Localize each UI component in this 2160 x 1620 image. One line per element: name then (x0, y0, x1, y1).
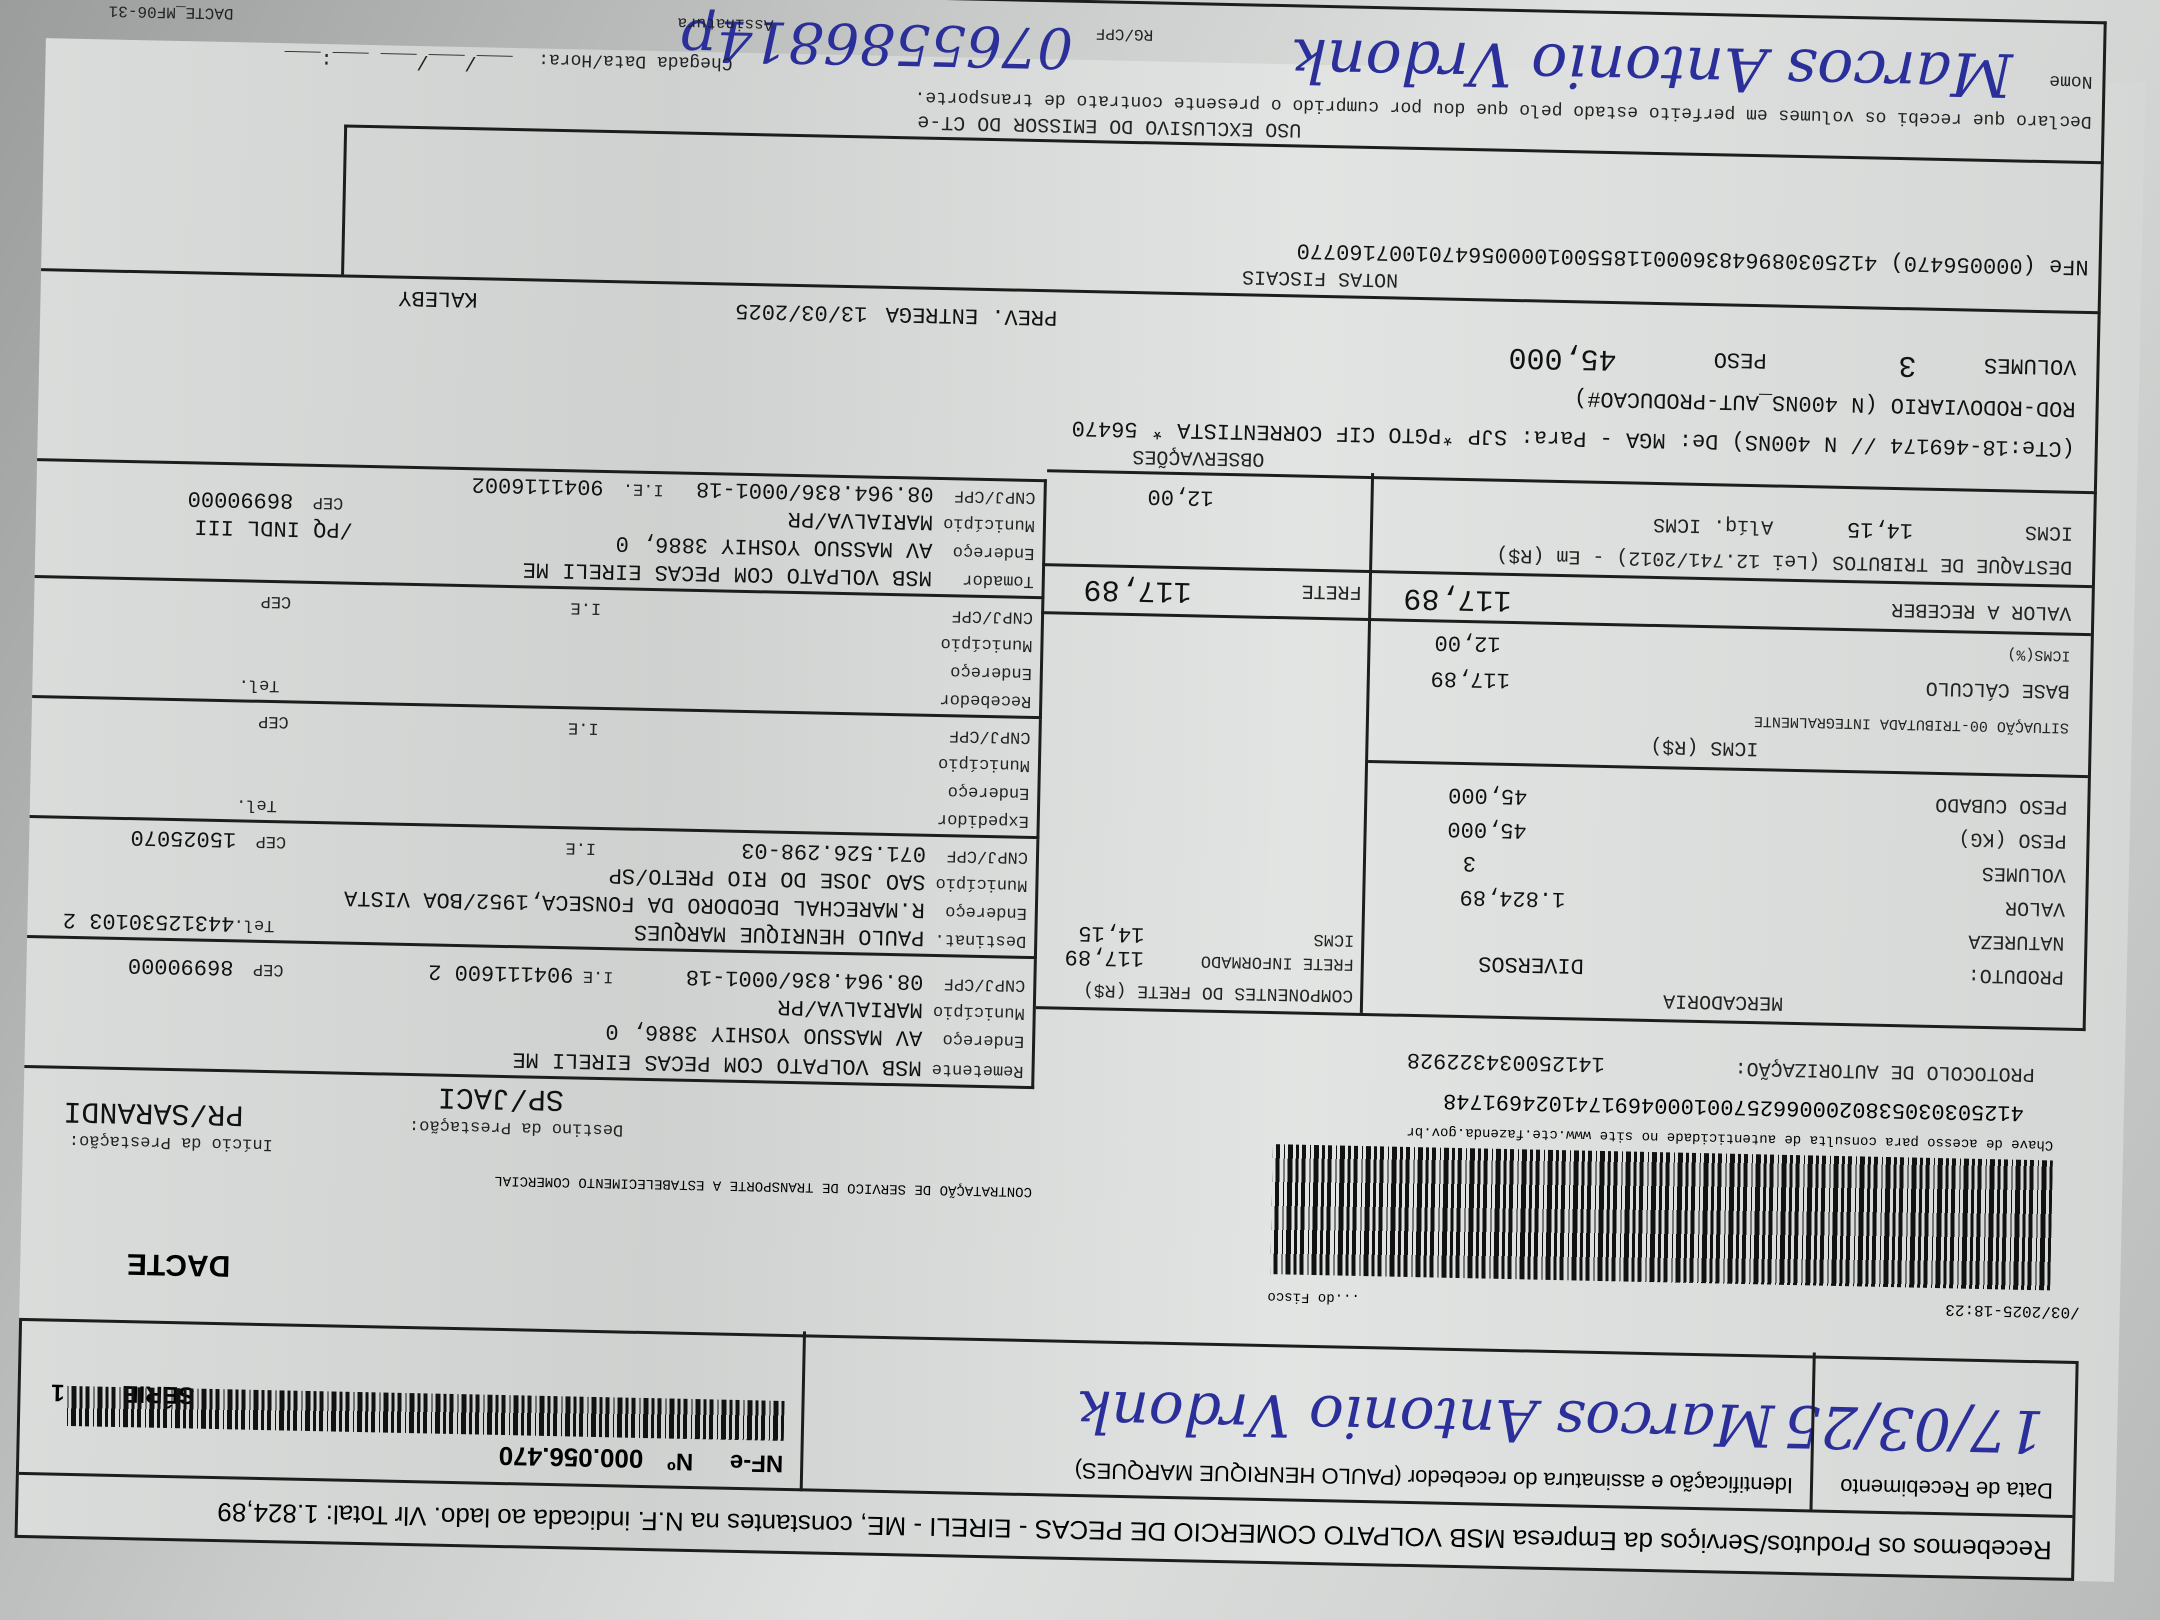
dacte-brand: DACTE (127, 1246, 231, 1282)
icms-aliq-label: ICMS(%) (2007, 645, 2070, 663)
origin-label: Início da Prestação: (69, 1130, 273, 1153)
destinatario-block: Destinat. PAULO HENRIQUE MARQUES Tel. 44… (27, 818, 1039, 959)
volumes-label: VOLUMES (1982, 861, 2066, 886)
peso-label: PESO (KG) (1958, 826, 2066, 851)
icms-base-label: BASE CÁLCULO (1925, 676, 2069, 702)
expedidor-cep-label: CEP (258, 711, 289, 731)
destinatario-municipio: SAO JOSE DO RIO PRETO/SP (608, 862, 925, 894)
tomador-municipio: MARIALVA/PR (788, 506, 934, 534)
destinatario-name: PAULO HENRIQUE MARQUES (634, 919, 925, 950)
emissor-label: USO EXCLUSIVO DO EMISSOR DO CT-e (917, 109, 1301, 140)
destinatario-label: Destinat. (934, 929, 1026, 950)
destinatario-endereco-label: Endereço (945, 901, 1027, 922)
values-column: COMPONENTES DO FRETE (R$) FRETE INFORMAD… (1036, 469, 2097, 1031)
tomador-endereco: AV MASSUO YOSHIY 3886, 0 (615, 530, 932, 562)
peso-value: 45,000 (1447, 816, 1527, 843)
tomador-ie-label: I.E. (623, 478, 664, 498)
operator-name: KALEBY (398, 285, 478, 312)
component-icms-value: 14,15 (1078, 920, 1145, 946)
icms-situacao: SITUAÇÃO 00-TRIBUTADA INTEGRALMENTE (1754, 712, 2069, 736)
rg-cpf-label: RG/CPF (1095, 24, 1153, 43)
destinatario-cep-label: CEP (255, 831, 286, 851)
destinatario-tel: 44312530103 2 (63, 907, 235, 936)
assinatura-label: Assinatura (677, 13, 773, 33)
signature-label: Identificação e assinatura do recebedor … (1074, 1457, 1793, 1498)
tributo-icms-value: 14,15 (1847, 516, 1914, 542)
destination-label: Destino da Prestação: (409, 1115, 624, 1138)
aliq-icms-label: Alíq. ICMS (1653, 512, 1773, 538)
expedidor-label: Expedidor (937, 809, 1029, 830)
recebedor-tel-label: Tel. (238, 674, 279, 694)
obs-volumes-value: 3 (1898, 347, 1917, 381)
tomador-endereco-label: Endereço (953, 541, 1035, 562)
observacoes-line2: ROD-RODOVIARIO (N 400NS_AUT-PRODUCAO#) (1574, 385, 2076, 421)
component-frete-label: FRETE INFORMADO (1201, 951, 1354, 973)
expedidor-cnpj-label: CNPJ/CPF (949, 725, 1031, 746)
expedidor-ie-label: I.E (568, 717, 599, 737)
icms-aliq-value: 12,00 (1434, 629, 1501, 655)
nf-number: 000.056.470 (498, 1440, 643, 1474)
remetente-ie-label: I.E (583, 966, 614, 986)
remetente-municipio: MARIALVA/PR (777, 994, 923, 1022)
remetente-ie: 904111600 2 (428, 958, 574, 986)
remetente-endereco: AV MASSUO YOSHIY 3886, 0 (605, 1018, 922, 1050)
nf-barcode (64, 1386, 785, 1441)
destinatario-cnpj-label: CNPJ/CPF (946, 845, 1028, 866)
remetente-block: Remetente MSB VOLPATO COM PECAS EIRELI M… (24, 938, 1037, 1089)
expedidor-municipio-label: Município (938, 753, 1030, 774)
component-icms-label: ICMS (1313, 929, 1354, 949)
recebedor-endereco-label: Endereço (950, 661, 1032, 682)
protocol-label: PROTOCOLO DE AUTORIZAÇÃO: (1734, 1056, 2034, 1085)
observacoes-label: OBSERVAÇÕES (1132, 444, 1264, 470)
destinatario-municipio-label: Município (935, 873, 1027, 894)
handwritten-signature: Marcos Antonio Vrdonk (1076, 1377, 1775, 1460)
chegada-blank: ___/___/___ ___:___ (284, 46, 512, 74)
tomador-ie: 9041116002 (471, 471, 604, 499)
tributo-icms-label: ICMS (2025, 520, 2073, 544)
recebedor-ie-label: I.E (570, 597, 601, 617)
volumes-value: 3 (1463, 850, 1477, 875)
chegada-label: Chegada Data/Hora: (538, 48, 733, 72)
destinatario-ie-label: I.E (565, 837, 596, 857)
dacte-body: /03/2025-18:23 ...do Fisco DACTE Chave d… (20, 28, 2146, 1332)
destinatario-cnpj: 071.526.298-03 (741, 837, 926, 866)
expedidor-block: Expedidor Tel. Endereço Município CNPJ/C… (30, 698, 1042, 839)
nome-label: Nome (2049, 70, 2093, 91)
expedidor-tel-label: Tel. (236, 794, 277, 814)
tomador-cep: 86990000 (187, 485, 293, 512)
remetente-label: Remetente (932, 1059, 1024, 1080)
handwritten-date: 17/03/25 (1783, 1392, 2045, 1465)
tributos-label: DESTAQUE DE TRIBUTOS (Lei 12.741/2012) -… (1496, 543, 2072, 578)
number-label: Nº (667, 1447, 694, 1476)
natureza-label: NATUREZA (1968, 929, 2064, 954)
remetente-name: MSB VOLPATO COM PECAS EIRELI ME (512, 1046, 922, 1080)
tomador-cnpj-label: CNPJ/CPF (954, 485, 1036, 506)
obs-peso-value: 45,000 (1508, 339, 1617, 375)
origin: PR/SARANDI (63, 1093, 244, 1131)
component-frete-value: 117,89 (1064, 944, 1144, 971)
prev-entrega-label: PREV. ENTREGA (885, 301, 1057, 330)
peso-cubado-value: 45,000 (1448, 782, 1528, 809)
aliq-icms-value: 12,00 (1147, 483, 1214, 509)
remetente-cep: 86990000 (128, 952, 234, 979)
expedidor-endereco-label: Endereço (948, 781, 1030, 802)
destination: SP/JACI (437, 1079, 564, 1116)
receipt-stub: Recebemos os Produtos/Serviços da Empres… (15, 1318, 2079, 1581)
remetente-cep-label: CEP (253, 959, 284, 979)
valor-value: 1.824,89 (1459, 884, 1565, 911)
dacte-model: DACTE_MF06-31 (109, 1, 234, 22)
nfe-label: NF-e (730, 1448, 784, 1477)
operation: CONTRATAÇÃO DE SERVICO DE TRANSPORTE A E… (494, 1172, 1032, 1199)
frete-value: 117,89 (1083, 571, 1192, 607)
icms-base-value: 117,89 (1430, 665, 1510, 692)
recebedor-cnpj-label: CNPJ/CPF (951, 605, 1033, 626)
tomador-cep-label: CEP (312, 492, 343, 512)
tomador-cnpj: 08.964.836/0001-18 (696, 476, 934, 506)
recebedor-block: Recebedor Tel. Endereço Município CNPJ/C… (32, 578, 1044, 719)
frete-label: FRETE (1301, 579, 1361, 603)
remetente-cnpj-label: CNPJ/CPF (944, 973, 1026, 994)
remetente-endereco-label: Endereço (942, 1029, 1024, 1050)
produto-label: PRODUTO: (1968, 963, 2064, 988)
recebedor-cep-label: CEP (260, 591, 291, 611)
tomador-endereco-extra: /PQ INDL III (194, 513, 353, 541)
nota-fiscal-entry: NFe (000056470) 412503089648360001185500… (1296, 237, 2088, 279)
serie-value: 1 (51, 1378, 65, 1406)
notas-fiscais-label: NOTAS FISCAIS (1242, 264, 1398, 290)
tomador-label: Tomador (962, 569, 1034, 589)
peso-cubado-label: PESO CUBADO (1935, 792, 2067, 818)
access-key-barcode (1270, 1144, 2053, 1290)
tomador-municipio-label: Município (943, 513, 1035, 534)
mercadoria-label: MERCADORIA (1663, 988, 1783, 1014)
protocol: 141250034322928 (1407, 1047, 1606, 1076)
tomador-name: MSB VOLPATO COM PECAS EIRELI ME (522, 556, 932, 590)
tomador-block: Tomador MSB VOLPATO COM PECAS EIRELI ME … (35, 458, 1047, 599)
auth-datetime: /03/2025-18:23 (1945, 1300, 2080, 1321)
remetente-cnpj: 08.964.836/0001-18 (686, 964, 924, 994)
valor-receber-label: VALOR A RECEBER (1891, 597, 2071, 624)
dacte-document: Recebemos os Produtos/Serviços da Empres… (15, 38, 2146, 1582)
icms-title: ICMS (R$) (1650, 734, 1758, 759)
recebedor-label: Recebedor (939, 689, 1031, 710)
valor-receber-value: 117,89 (1403, 580, 1512, 616)
valor-label: VALOR (2005, 895, 2065, 919)
date-label: Data de Recebimento (1840, 1473, 2053, 1503)
destinatario-tel-label: Tel. (233, 914, 274, 934)
destinatario-cep: 15025070 (130, 824, 236, 851)
fisco-note: ...do Fisco (1267, 1288, 1360, 1306)
access-key: 4125030305380200066257001000469174102469… (1443, 1088, 2024, 1125)
recebedor-municipio-label: Município (940, 633, 1032, 654)
produto-value: DIVERSOS (1478, 950, 1584, 977)
obs-volumes-label: VOLUMES (1984, 352, 2077, 379)
obs-peso-label: PESO (1714, 346, 1767, 372)
remetente-municipio-label: Município (933, 1001, 1025, 1022)
prev-entrega-value: 13/03/2025 (735, 298, 868, 326)
